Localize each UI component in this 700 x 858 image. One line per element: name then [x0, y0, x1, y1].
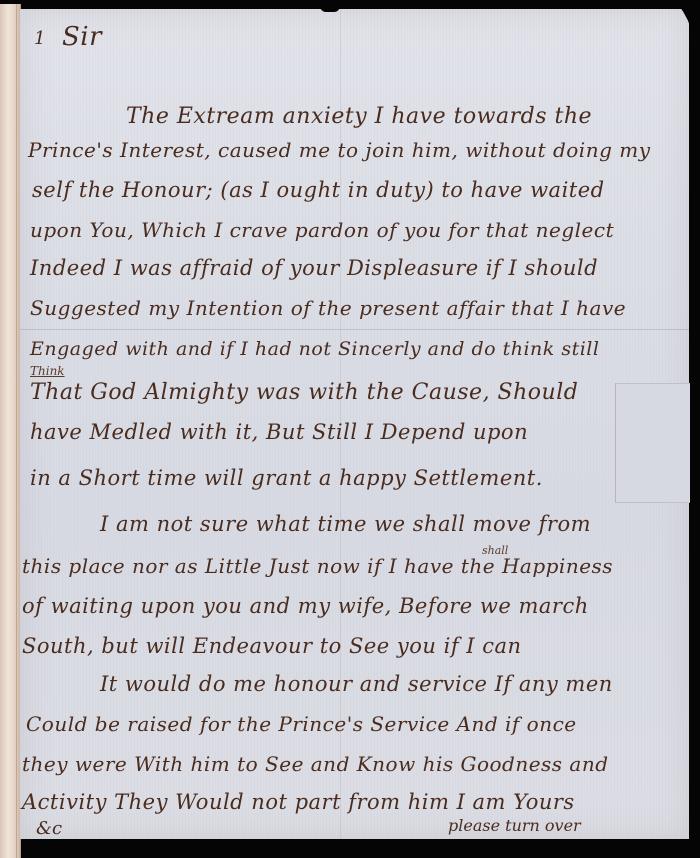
- manuscript-scan: 1 Sir The Extream anxiety I have towards…: [0, 0, 700, 858]
- letter-line: Prince's Interest, caused me to join him…: [28, 138, 651, 162]
- letter-line: Could be raised for the Prince's Service…: [26, 712, 577, 736]
- turn-over-note: please turn over: [448, 816, 581, 835]
- letter-line: It would do me honour and service If any…: [100, 672, 613, 696]
- letter-line: this place nor as Little Just now if I h…: [22, 554, 613, 578]
- letter-line: That God Almighty was with the Cause, Sh…: [30, 380, 578, 405]
- interlinear-insertion: Think: [30, 364, 65, 378]
- letter-line: I am not sure what time we shall move fr…: [100, 512, 591, 536]
- letter-line: The Extream anxiety I have towards the: [126, 104, 592, 129]
- paper-repair-patch: [615, 383, 690, 503]
- letter-line: South, but will Endeavour to See you if …: [22, 634, 522, 658]
- letter-line: Suggested my Intention of the present af…: [30, 296, 626, 320]
- binding-strip: [0, 4, 21, 858]
- closing-abbreviation: &c: [36, 818, 62, 839]
- letter-line: Engaged with and if I had not Sincerly a…: [30, 338, 599, 360]
- letter-line: upon You, Which I crave pardon of you fo…: [30, 218, 614, 242]
- letter-line: in a Short time will grant a happy Settl…: [30, 466, 543, 490]
- torn-edge: [320, 0, 340, 12]
- letter-line: self the Honour; (as I ought in duty) to…: [32, 178, 605, 202]
- fold-line: [20, 329, 689, 330]
- folio-number: 1: [34, 28, 45, 49]
- torn-corner: [675, 7, 691, 29]
- salutation: Sir: [62, 22, 102, 52]
- letter-line: have Medled with it, But Still I Depend …: [30, 420, 528, 444]
- letter-line: of waiting upon you and my wife, Before …: [22, 594, 589, 618]
- letter-line: Activity They Would not part from him I …: [22, 790, 575, 814]
- letter-line: they were With him to See and Know his G…: [22, 752, 609, 776]
- letter-line: Indeed I was affraid of your Displeasure…: [30, 256, 598, 280]
